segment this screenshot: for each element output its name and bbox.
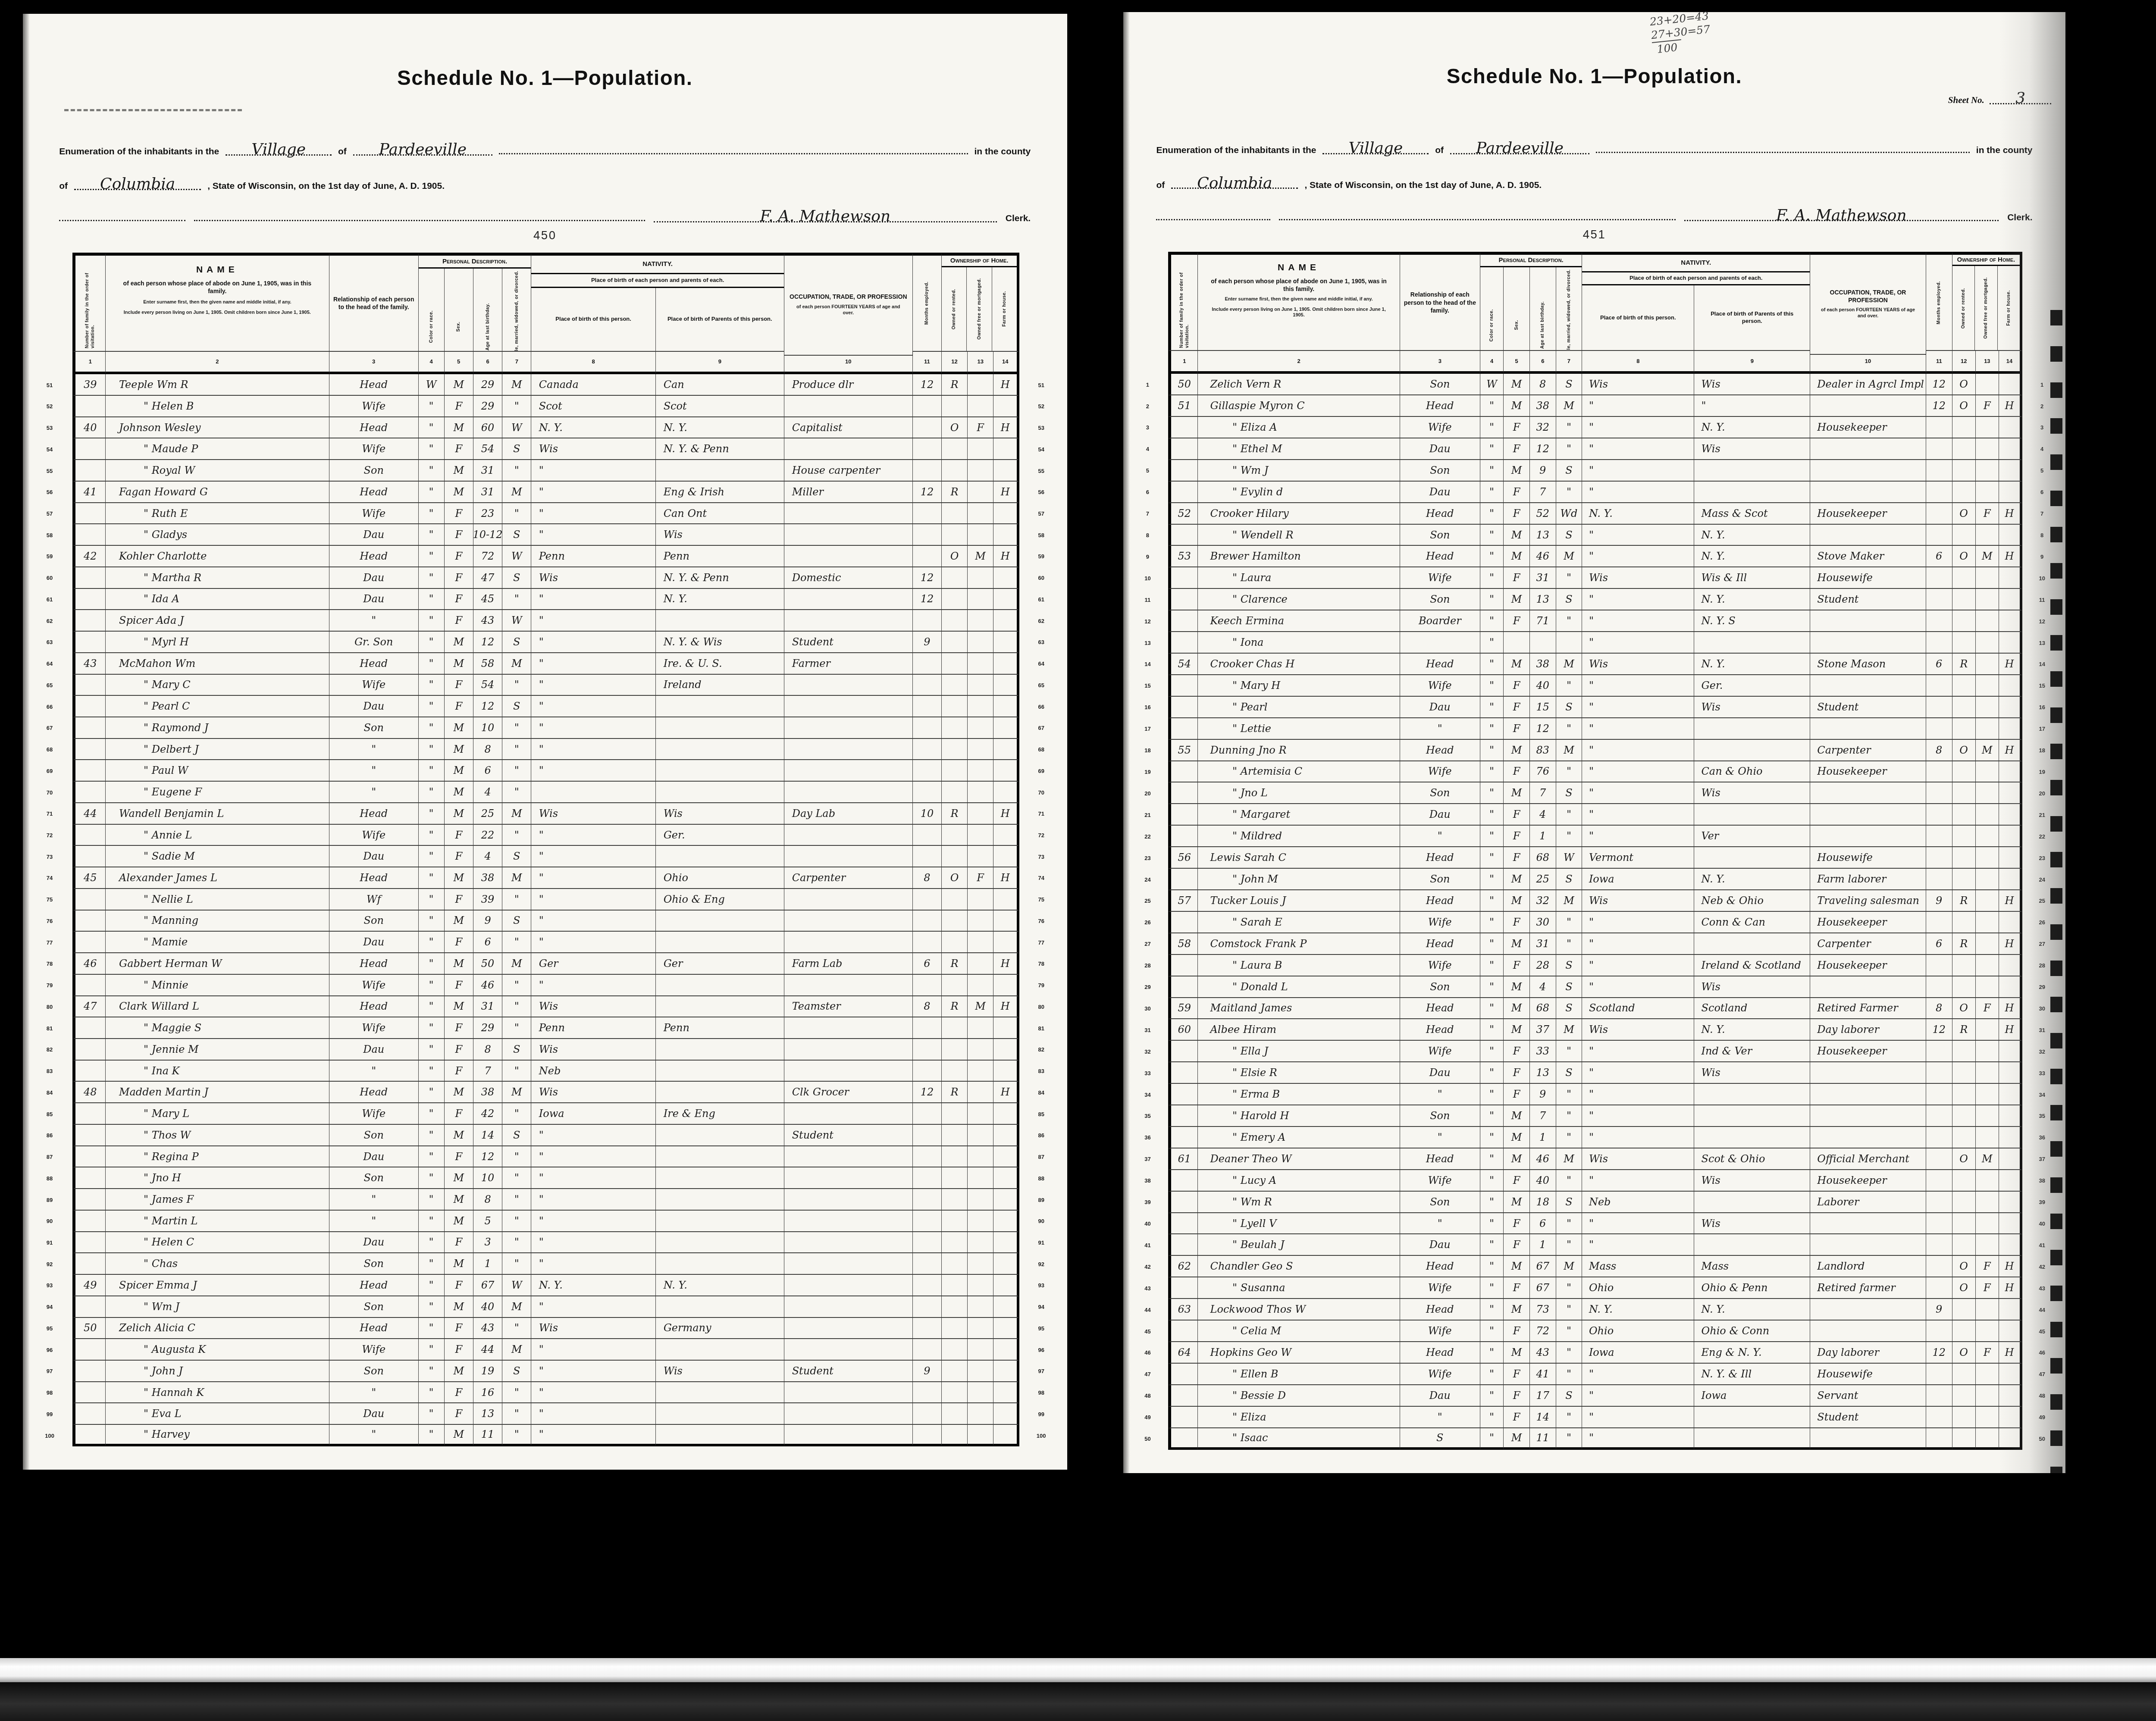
parents-birthplace-cell — [656, 760, 784, 782]
line-number: 57 — [1019, 503, 1063, 525]
months-employed-cell — [1926, 761, 1952, 783]
free-mortgaged-cell — [1976, 1364, 1999, 1385]
owned-rented-cell — [942, 1296, 968, 1318]
months-employed-cell: 6 — [1926, 933, 1952, 955]
farm-house-cell: H — [1999, 546, 2022, 567]
months-employed-cell — [913, 889, 942, 911]
birthplace-cell: " — [531, 1403, 655, 1425]
color-cell: " — [419, 1017, 445, 1039]
farm-house-cell — [1999, 1320, 2022, 1342]
family-number-cell — [1168, 1385, 1198, 1407]
free-mortgaged-cell — [968, 1339, 993, 1361]
free-mortgaged-cell — [968, 846, 993, 867]
farm-house-cell — [993, 1189, 1019, 1211]
color-cell: " — [1480, 912, 1504, 933]
sex-cell: F — [1504, 675, 1530, 697]
color-cell: " — [1480, 525, 1504, 546]
owned-rented-cell — [942, 675, 968, 696]
months-employed-cell — [913, 1339, 942, 1361]
marital-cell: " — [502, 996, 531, 1018]
name-cell: " Jennie M — [106, 1039, 329, 1061]
farm-house-cell — [1999, 782, 2022, 804]
free-mortgaged-cell — [1976, 632, 1999, 654]
occupation-cell: Carpenter — [784, 867, 913, 889]
months-employed-cell — [913, 1211, 942, 1232]
farm-house-cell: H — [1999, 890, 2022, 912]
birthplace-cell: Wis — [531, 1039, 655, 1061]
family-number-cell — [72, 1339, 106, 1361]
family-number-cell — [1168, 1428, 1198, 1450]
line-number: 94 — [1019, 1296, 1063, 1318]
column-number: 10 — [784, 352, 913, 375]
age-cell: 29 — [473, 396, 502, 417]
line-number: 59 — [1019, 546, 1063, 567]
occupation-cell — [784, 610, 913, 632]
color-cell: " — [1480, 610, 1504, 632]
months-employed-cell — [1926, 503, 1952, 525]
owned-rented-cell — [1952, 1234, 1976, 1256]
sex-cell: M — [1504, 1299, 1530, 1320]
birthplace-cell: Iowa — [1582, 1342, 1694, 1364]
free-mortgaged-cell — [1976, 1234, 1999, 1256]
birthplace-cell: " — [531, 975, 655, 996]
free-mortgaged-cell — [968, 1382, 993, 1404]
farm-house-cell — [993, 632, 1019, 653]
occupation-cell: Clk Grocer — [784, 1082, 913, 1103]
line-number: 35 — [1127, 1105, 1168, 1127]
birthplace-cell: " — [1582, 1234, 1694, 1256]
relationship-cell: Head — [1400, 847, 1480, 869]
line-number: 49 — [1127, 1407, 1168, 1428]
age-cell: 22 — [473, 825, 502, 846]
line-number: 100 — [27, 1425, 72, 1446]
color-cell: " — [1480, 503, 1504, 525]
relationship-cell: " — [329, 739, 419, 760]
age-cell: 1 — [1530, 1234, 1556, 1256]
line-number: 69 — [27, 760, 72, 782]
occupation-cell: Student — [784, 1361, 913, 1382]
parents-birthplace-cell — [656, 1253, 784, 1275]
birthplace-cell: Neb — [1582, 1192, 1694, 1213]
farm-house-cell — [993, 1382, 1019, 1404]
relationship-cell: Dau — [1400, 1234, 1480, 1256]
marital-cell: " — [1556, 1364, 1583, 1385]
color-cell: " — [419, 1167, 445, 1189]
occupation-cell: Housekeeper — [1810, 912, 1926, 933]
months-employed-cell: 8 — [913, 867, 942, 889]
sex-cell: F — [445, 396, 473, 417]
relationship-header-label: Relationship of each person to the head … — [333, 295, 414, 311]
family-number-cell — [1168, 761, 1198, 783]
marital-cell: S — [1556, 525, 1583, 546]
marital-cell: M — [502, 653, 531, 675]
marital-cell: " — [1556, 482, 1583, 503]
age-cell: 71 — [1530, 610, 1556, 632]
marital-cell: " — [502, 589, 531, 610]
sex-cell: M — [445, 803, 473, 825]
birthplace-cell: Iowa — [531, 1103, 655, 1125]
occupation-cell — [784, 1318, 913, 1339]
marital-cell: " — [502, 825, 531, 846]
farm-house-cell — [1999, 482, 2022, 503]
months-employed-cell — [1926, 1127, 1952, 1148]
age-cell: 9 — [1530, 1084, 1556, 1105]
age-cell: 38 — [1530, 395, 1556, 417]
months-employed-cell — [913, 717, 942, 739]
farm-house-cell — [993, 760, 1019, 782]
county-value: Columbia — [74, 179, 201, 190]
birthplace-cell: " — [531, 524, 655, 546]
relationship-cell: Wife — [1400, 912, 1480, 933]
line-number: 63 — [1019, 632, 1063, 653]
months-employed-cell — [913, 503, 942, 525]
owned-rented-cell — [942, 1017, 968, 1039]
sheet-number: Sheet No. 3 — [1948, 94, 2051, 106]
free-mortgaged-cell — [1976, 826, 1999, 847]
birthplace-cell: Ohio — [1582, 1320, 1694, 1342]
column-number: 1 — [72, 352, 106, 375]
column-number: 8 — [531, 352, 655, 375]
age-cell: 6 — [1530, 1213, 1556, 1235]
birthplace-cell: " — [1582, 740, 1694, 761]
farm-house-cell — [993, 889, 1019, 911]
dotted-rule — [1279, 219, 1676, 220]
occupation-cell — [1810, 525, 1926, 546]
column-number: 2 — [1198, 351, 1400, 374]
owned-rented-cell — [1952, 1084, 1976, 1105]
months-employed-cell — [913, 760, 942, 782]
line-number: 90 — [27, 1211, 72, 1232]
family-number-cell — [1168, 1127, 1198, 1148]
age-header: Age at last birthday. — [485, 303, 491, 350]
color-cell: " — [419, 1039, 445, 1061]
farm-house-cell — [1999, 567, 2022, 589]
months-employed-cell: 6 — [913, 953, 942, 975]
name-cell: " Minnie — [106, 975, 329, 996]
sex-cell: F — [445, 610, 473, 632]
parents-birthplace-cell: Wis — [1694, 976, 1810, 998]
owned-rented-cell — [1952, 1385, 1976, 1407]
owned-rented-cell — [942, 975, 968, 996]
line-number: 32 — [1127, 1041, 1168, 1062]
free-mortgaged-cell — [968, 438, 993, 460]
occupation-cell — [784, 1253, 913, 1275]
free-mortgaged-cell: M — [1976, 1148, 1999, 1170]
age-cell: 67 — [1530, 1277, 1556, 1299]
color-cell: " — [1480, 740, 1504, 761]
occupation-cell — [1810, 1213, 1926, 1235]
sex-cell: F — [1504, 1084, 1530, 1105]
free-mortgaged-cell: F — [1976, 1342, 1999, 1364]
ownership-header: Ownership of Home.Owned or rented.Owned … — [942, 253, 1019, 352]
free-mortgaged-cell — [1976, 1299, 1999, 1320]
line-number: 77 — [1019, 932, 1063, 953]
owned-rented-cell — [942, 825, 968, 846]
name-header-title: NAME — [106, 265, 329, 275]
line-number: 55 — [1019, 460, 1063, 482]
marital-cell: W — [502, 610, 531, 632]
parents-birthplace-cell: Wis — [1694, 438, 1810, 460]
age-cell: 9 — [1530, 460, 1556, 482]
relationship-cell: Wife — [1400, 1364, 1480, 1385]
months-employed-cell — [1926, 460, 1952, 482]
color-cell: " — [419, 1211, 445, 1232]
birthplace-cell: " — [1582, 438, 1694, 460]
line-number: 36 — [1127, 1127, 1168, 1148]
free-mortgaged-cell — [1976, 1170, 1999, 1192]
dotted-rule — [194, 220, 645, 221]
relationship-cell: Head — [329, 1318, 419, 1339]
months-employed-cell: 12 — [913, 482, 942, 503]
free-mortgaged-cell — [968, 567, 993, 589]
family-number-cell — [72, 1125, 106, 1146]
months-employed-cell — [1926, 1084, 1952, 1105]
parents-birthplace-cell: Neb & Ohio — [1694, 890, 1810, 912]
months-employed-cell — [1926, 525, 1952, 546]
birthplace-cell: " — [531, 1211, 655, 1232]
owned-rented-cell — [1952, 1062, 1976, 1084]
sex-cell: M — [445, 653, 473, 675]
sex-cell: M — [445, 1361, 473, 1382]
owned-rented-cell: R — [942, 374, 968, 396]
family-number-cell — [72, 782, 106, 803]
name-cell: " Clarence — [1198, 589, 1400, 610]
birthplace-cell: Penn — [531, 546, 655, 567]
relationship-cell: Son — [329, 460, 419, 482]
relationship-cell: Wife — [1400, 1041, 1480, 1062]
farm-house-cell — [1999, 1105, 2022, 1127]
sex-cell: F — [445, 1403, 473, 1425]
page-title: Schedule No. 1—Population. — [23, 66, 1068, 90]
line-number: 83 — [27, 1061, 72, 1082]
birthplace-cell: " — [1582, 589, 1694, 610]
name-cell: Zelich Vern R — [1198, 374, 1400, 395]
occupation-cell: Student — [1810, 1407, 1926, 1428]
name-cell: " Jno H — [106, 1167, 329, 1189]
parents-birthplace-cell — [656, 911, 784, 932]
line-number: 27 — [1127, 933, 1168, 955]
column-number: 12 — [1952, 351, 1976, 374]
enum-prefix: Enumeration of the inhabitants in the — [59, 147, 219, 157]
farm-house-cell — [993, 1211, 1019, 1232]
marital-cell: M — [1556, 395, 1583, 417]
age-cell: 14 — [473, 1125, 502, 1146]
relationship-cell: Head — [1400, 1019, 1480, 1041]
months-employed-cell: 8 — [913, 996, 942, 1018]
sex-cell: F — [1504, 1062, 1530, 1084]
family-number-cell — [72, 675, 106, 696]
line-number: 75 — [1019, 889, 1063, 911]
column-number: 7 — [1556, 351, 1583, 374]
occupation-cell — [1810, 1299, 1926, 1320]
family-number-cell — [72, 1061, 106, 1082]
birthplace-header: Place of birth of this person. — [548, 314, 639, 324]
color-cell: " — [419, 1253, 445, 1275]
months-employed-cell — [913, 1382, 942, 1404]
occupation-cell — [1810, 438, 1926, 460]
farm-house-cell — [993, 1146, 1019, 1168]
family-number-cell — [72, 589, 106, 610]
marital-cell: " — [1556, 1234, 1583, 1256]
age-cell: 31 — [473, 460, 502, 482]
line-number: 42 — [1127, 1256, 1168, 1277]
marital-cell: W — [502, 417, 531, 439]
occupation-header: OCCUPATION, TRADE, OR PROFESSIONof each … — [1810, 252, 1926, 355]
months-employed-cell — [913, 460, 942, 482]
line-number: 80 — [27, 996, 72, 1018]
line-number: 84 — [1019, 1082, 1063, 1103]
sex-cell: F — [445, 1232, 473, 1254]
line-number: 16 — [1127, 697, 1168, 718]
birthplace-header: Place of birth of this person. — [1594, 313, 1683, 322]
age-cell: 11 — [1530, 1428, 1556, 1450]
sex-cell: M — [1504, 890, 1530, 912]
months-employed-cell: 10 — [913, 803, 942, 825]
age-cell: 54 — [473, 438, 502, 460]
age-cell: 52 — [1530, 503, 1556, 525]
age-cell: 46 — [1530, 1148, 1556, 1170]
line-number: 80 — [1019, 996, 1063, 1018]
parents-birthplace-cell: N. Y. — [1694, 525, 1810, 546]
parents-birthplace-cell: Scot & Ohio — [1694, 1148, 1810, 1170]
birthplace-cell: Mass — [1582, 1256, 1694, 1277]
occupation-cell: Stone Mason — [1810, 654, 1926, 675]
owned-rented-cell: O — [1952, 374, 1976, 395]
age-cell: 83 — [1530, 740, 1556, 761]
sex-cell: M — [1504, 998, 1530, 1020]
sex-cell: F — [1504, 503, 1530, 525]
months-employed-cell — [1926, 1213, 1952, 1235]
months-employed-cell: 12 — [913, 589, 942, 610]
marital-cell: " — [1556, 804, 1583, 826]
relationship-cell: " — [1400, 1084, 1480, 1105]
relationship-cell: Dau — [1400, 1385, 1480, 1407]
parents-birthplace-cell: Ohio & Penn — [1694, 1277, 1810, 1299]
line-number: 57 — [27, 503, 72, 525]
owned-rented-cell — [1952, 826, 1976, 847]
column-number: 11 — [1926, 351, 1952, 374]
name-cell: " Iona — [1198, 632, 1400, 654]
name-cell: " Wm R — [1198, 1192, 1400, 1213]
relationship-cell: " — [329, 782, 419, 803]
marital-cell: S — [1556, 998, 1583, 1020]
line-number: 91 — [27, 1232, 72, 1254]
line-number: 52 — [1019, 396, 1063, 417]
birthplace-cell: " — [531, 889, 655, 911]
farm-house-cell: H — [1999, 654, 2022, 675]
parents-birthplace-cell — [656, 1425, 784, 1446]
column-number: 6 — [473, 352, 502, 375]
color-cell: W — [419, 374, 445, 396]
birthplace-cell: Wis — [531, 1082, 655, 1103]
occupation-cell: Housekeeper — [1810, 417, 1926, 438]
birthplace-cell: " — [531, 1232, 655, 1254]
relationship-cell: Dau — [329, 846, 419, 867]
owned-rented-cell — [942, 1318, 968, 1339]
free-mortgaged-cell — [968, 1425, 993, 1446]
line-number: 22 — [1127, 826, 1168, 847]
owned-rented-cell: R — [942, 803, 968, 825]
relationship-cell: " — [329, 1061, 419, 1082]
marital-cell: M — [1556, 740, 1583, 761]
color-cell: " — [419, 482, 445, 503]
name-cell: " Royal W — [106, 460, 329, 482]
age-cell: 13 — [1530, 589, 1556, 610]
months-employed-cell: 8 — [1926, 740, 1952, 761]
name-cell: " John M — [1198, 869, 1400, 890]
pencil-annotation: 23+20=43 27+30=57 100 — [1649, 9, 1712, 56]
line-number: 11 — [1127, 589, 1168, 610]
owned-rented-cell: O — [942, 546, 968, 567]
name-cell: " Raymond J — [106, 717, 329, 739]
name-header-title: NAME — [1198, 263, 1399, 273]
family-number-cell — [72, 932, 106, 953]
marital-cell: M — [502, 953, 531, 975]
name-cell: " Gladys — [106, 524, 329, 546]
relationship-cell: Head — [1400, 395, 1480, 417]
occupation-cell — [784, 1146, 913, 1168]
age-cell: 32 — [1530, 417, 1556, 438]
sex-cell: M — [1504, 869, 1530, 890]
occupation-cell — [784, 911, 913, 932]
relationship-cell: " — [329, 1425, 419, 1446]
months-employed-cell — [913, 1146, 942, 1168]
parents-birthplace-cell: N. Y. — [656, 417, 784, 439]
name-cell: " Maude P — [106, 438, 329, 460]
name-cell: " Laura — [1198, 567, 1400, 589]
owned-rented-cell — [942, 1125, 968, 1146]
birthplace-cell: " — [1582, 482, 1694, 503]
name-cell: Gillaspie Myron C — [1198, 395, 1400, 417]
family-number-cell — [72, 610, 106, 632]
age-cell: 23 — [473, 503, 502, 525]
name-header-note2: Include every person living on June 1, 1… — [1210, 307, 1387, 319]
name-header-note2: Include every person living on June 1, 1… — [119, 310, 316, 316]
nativity-sub-label: Place of birth of each person and parent… — [531, 274, 783, 287]
owned-rented-cell — [942, 760, 968, 782]
age-cell: 18 — [1530, 1192, 1556, 1213]
color-cell: " — [419, 589, 445, 610]
owned-rented-cell — [1952, 1127, 1976, 1148]
name-cell: " Ethel M — [1198, 438, 1400, 460]
owned-rented-cell — [942, 589, 968, 610]
age-cell: 39 — [473, 889, 502, 911]
occupation-cell: Retired farmer — [1810, 1277, 1926, 1299]
birthplace-cell: " — [1582, 546, 1694, 567]
owned-rented-cell — [942, 739, 968, 760]
name-cell: " Regina P — [106, 1146, 329, 1168]
free-mortgaged-cell — [1976, 804, 1999, 826]
occupation-cell: Farm Lab — [784, 953, 913, 975]
relationship-cell: Wife — [329, 396, 419, 417]
marital-cell: S — [1556, 976, 1583, 998]
birthplace-cell: " — [1582, 1407, 1694, 1428]
owned-rented-cell: R — [942, 996, 968, 1018]
birthplace-cell: " — [531, 460, 655, 482]
parents-birthplace-cell: Scot — [656, 396, 784, 417]
age-cell: 60 — [473, 417, 502, 439]
months-employed-cell: 8 — [1926, 998, 1952, 1020]
relationship-cell: " — [1400, 1213, 1480, 1235]
family-number-cell — [72, 1232, 106, 1254]
color-cell: " — [1480, 1385, 1504, 1407]
occupation-cell — [1810, 395, 1926, 417]
free-mortgaged-cell — [1976, 654, 1999, 675]
color-cell: " — [419, 653, 445, 675]
owned-rented-cell — [1952, 438, 1976, 460]
place-value: Pardeeville — [353, 145, 492, 156]
line-number: 70 — [27, 782, 72, 803]
